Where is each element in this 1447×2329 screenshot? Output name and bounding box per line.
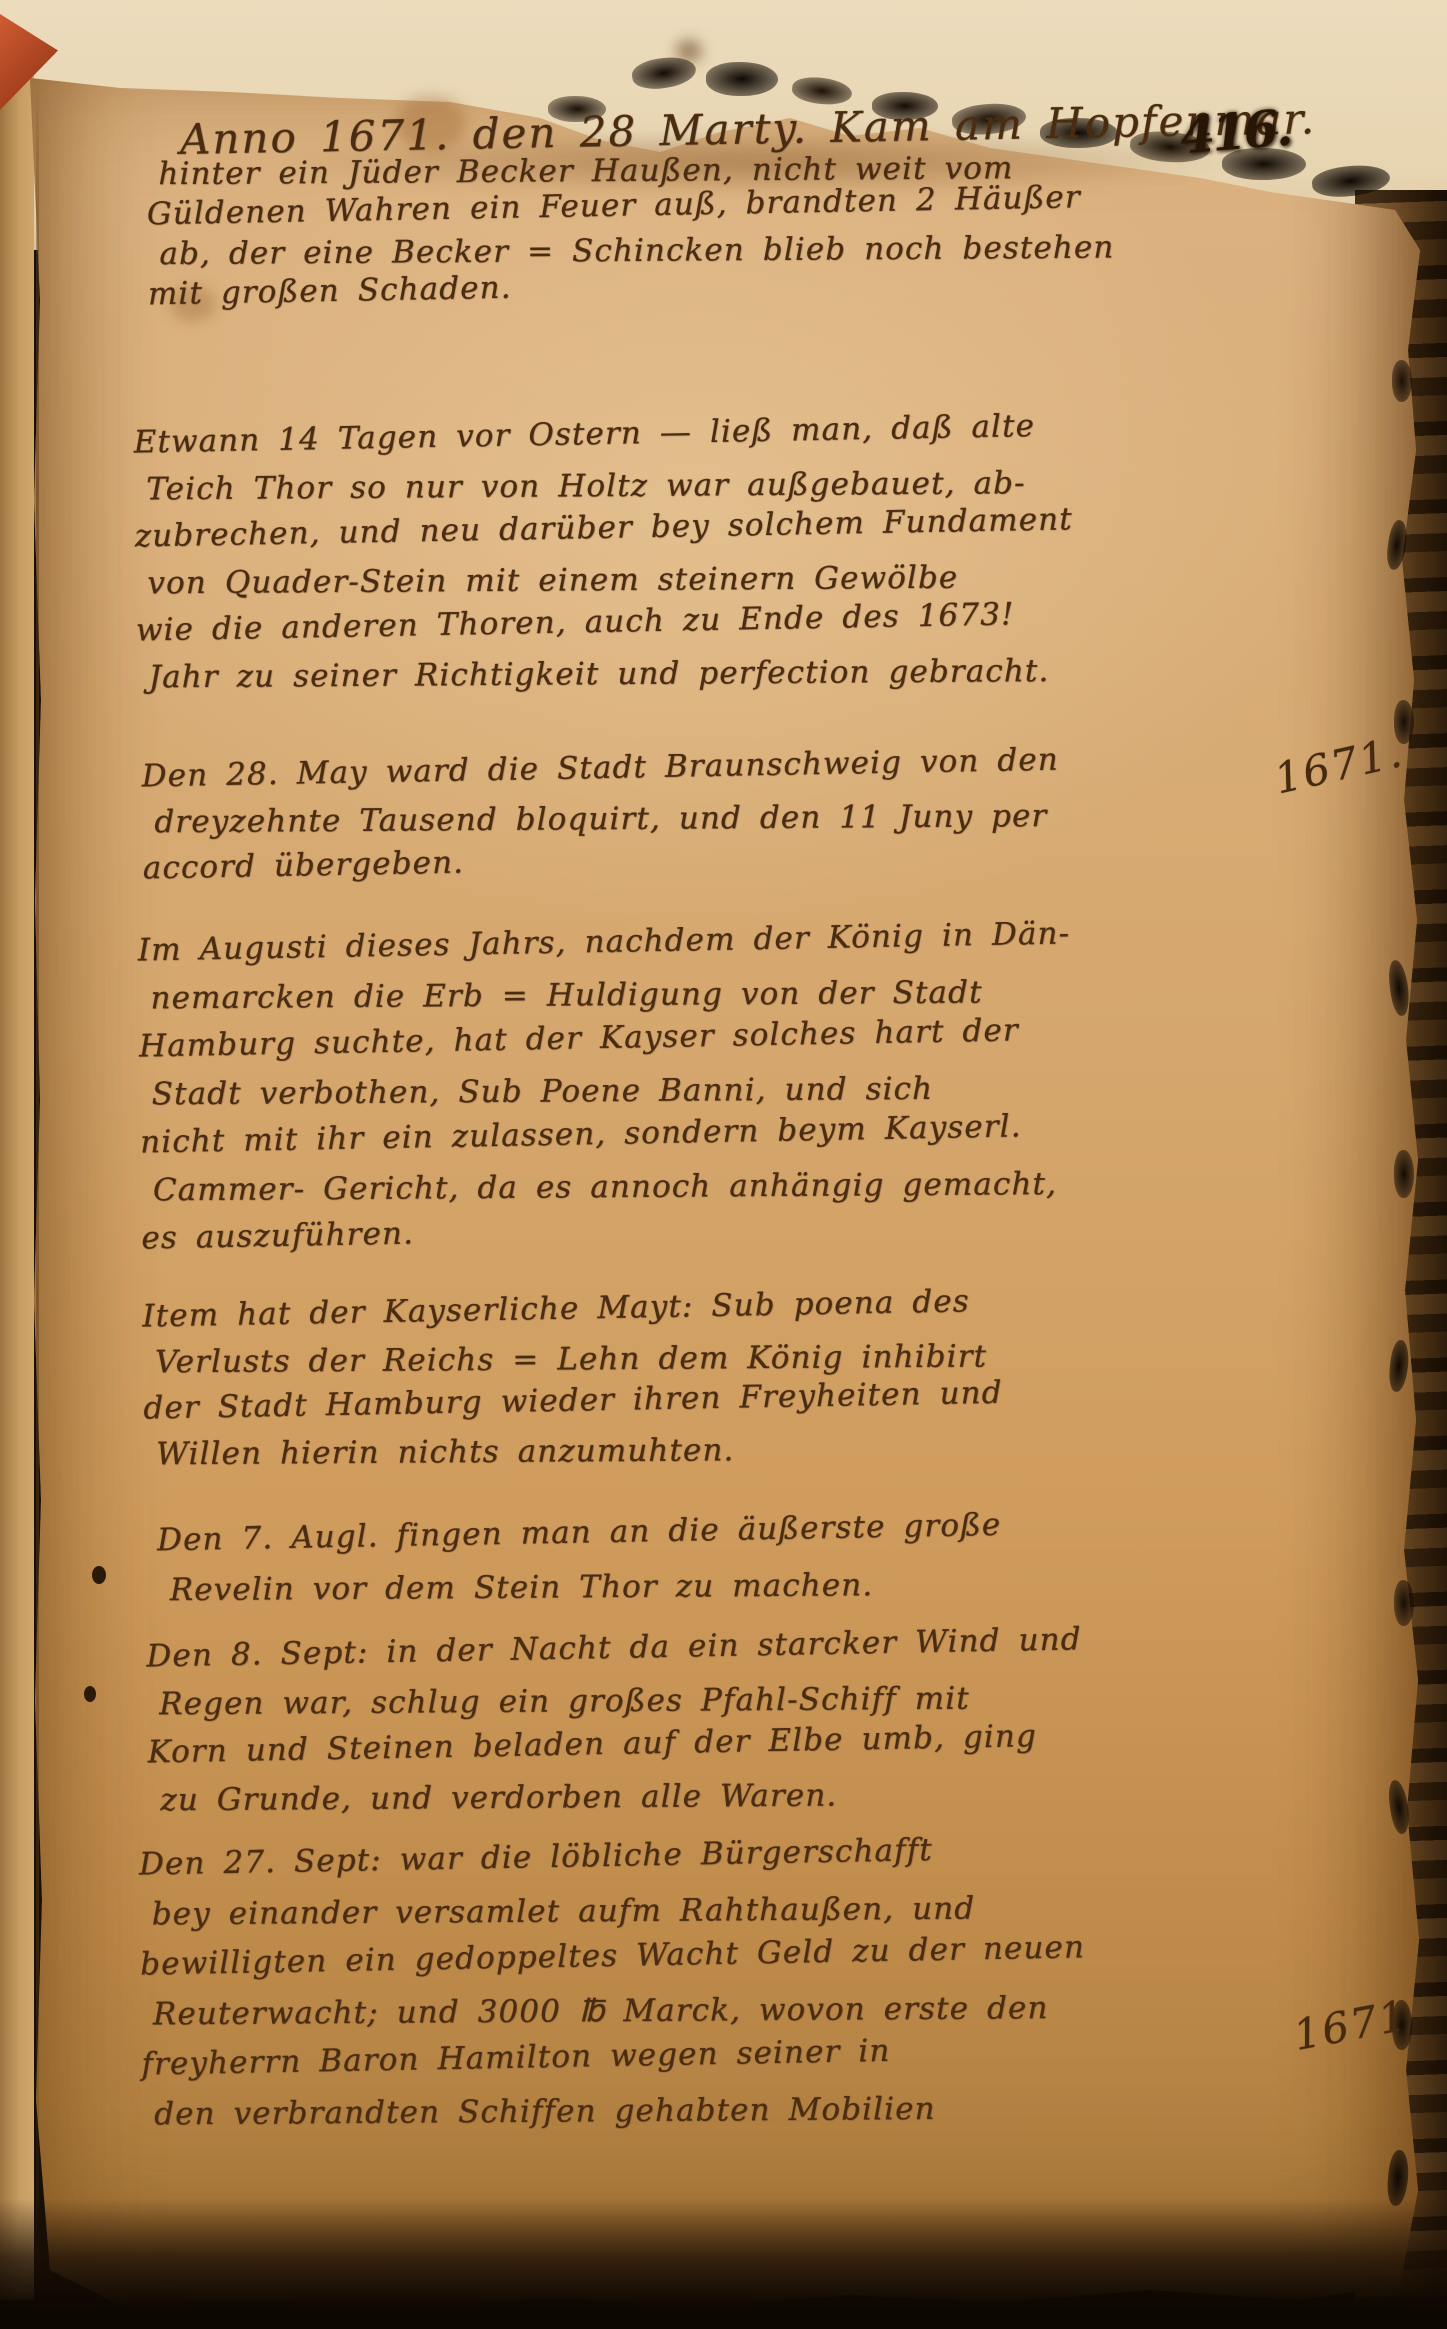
page-number: 416. [1178,98,1292,166]
paragraph-reichslehn: Item hat der Kayserliche Mayt: Sub poena… [142,1291,1003,1485]
manuscript-line: Item hat der Kayserliche Mayt: Sub poena… [142,1286,1002,1348]
manuscript-line: Jahr zu seiner Richtigkeit und perfectio… [149,656,1075,709]
paragraph-schiffbruch: Den 8. Sept: in der Nacht da ein starcke… [146,1630,1084,1833]
manuscript-line: Im Augusti dieses Jahrs, nachdem der Kön… [138,918,1071,983]
manuscript-line: den verbrandten Schiffen gehabten Mobili… [154,2093,1087,2150]
paragraph-buergerschaft: Den 27. Sept: war die löbliche Bürgersch… [139,1838,1087,2150]
paragraph-fire-hopfenmarkt: Anno 1671. den 28 Marty. Kam am Hopfenma… [146,105,1319,319]
manuscript-line: Anno 1671. den 28 Marty. Kam am Hopfenma… [180,98,1317,159]
manuscript-line: Den 7. Augl. fingen man an die äußerste … [157,1510,1002,1575]
manuscript-line: Willen hierin nichts anzumuhten. [156,1433,1004,1485]
paragraph-teichthor: Etwann 14 Tagen vor Ostern — ließ man, d… [134,416,1075,709]
bottom-shadow [0,2199,1447,2329]
manuscript-line: zu Grunde, und verdorben alle Waren. [160,1779,1084,1833]
manuscript-line: Revelin vor dem Stein Thor zu machen. [170,1569,1003,1625]
margin-note-year: 1671 [1290,1991,1412,2060]
paragraph-erbhuldigung: Im Augusti dieses Jahrs, nachdem der Kön… [138,924,1074,1271]
handwriting-layer: 416. 1671. 1671 Anno 1671. den 28 Marty.… [0,0,1447,2329]
paragraph-revelin: Den 7. Augl. fingen man an die äußerste … [157,1515,1003,1625]
manuscript-line: Den 27. Sept: war die löbliche Bürgersch… [139,1832,1085,1899]
paragraph-braunschweig: Den 28. May ward die Stadt Braunschweig … [142,750,1061,899]
margin-note-year: 1671. [1270,727,1408,803]
manuscript-line: Den 8. Sept: in der Nacht da ein starcke… [146,1624,1082,1689]
